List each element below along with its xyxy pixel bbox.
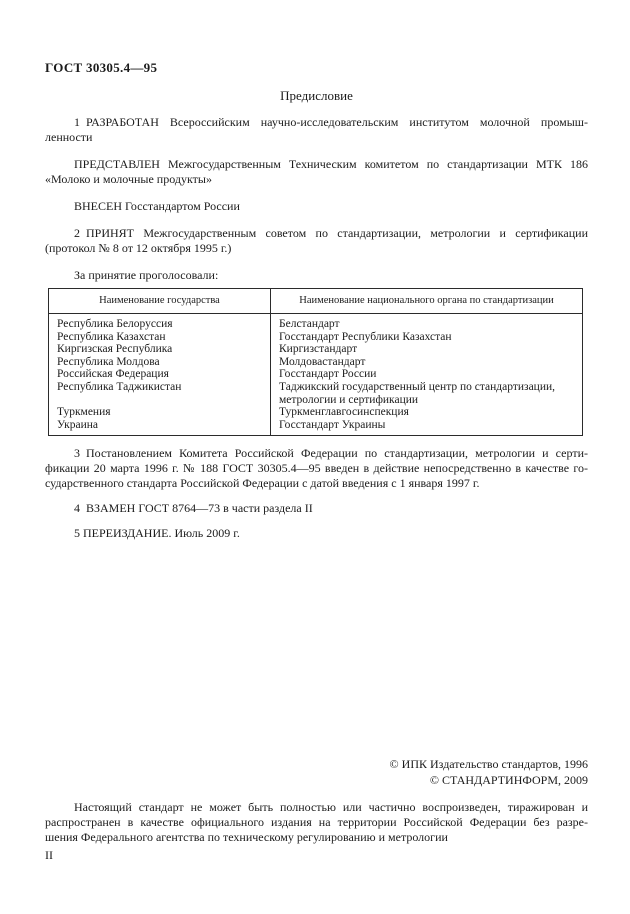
- table-row: Киргизская РеспубликаКиргизстандарт: [49, 343, 583, 356]
- org-cell: Туркменглавгосинспекция: [271, 406, 583, 419]
- table-row: ТуркменияТуркменглавгосинспекция: [49, 406, 583, 419]
- table-row: Республика БелоруссияБелстандарт: [49, 314, 583, 331]
- text-line: 3 Постановлением Комитета Российской Фед…: [45, 446, 588, 461]
- vote-table-body: Республика БелоруссияБелстандартРеспубли…: [49, 314, 583, 436]
- vote-table-header-org: Наименование национального органа по ста…: [271, 289, 583, 314]
- org-cell: Белстандарт: [271, 314, 583, 331]
- paragraph: ПРЕДСТАВЛЕН Межгосударственным Техническ…: [45, 157, 588, 187]
- table-row: Республика ТаджикистанТаджикский государ…: [49, 381, 583, 406]
- doc-code: ГОСТ 30305.4—95: [45, 60, 588, 75]
- org-cell: Госстандарт Республики Казахстан: [271, 331, 583, 344]
- country-cell: Украина: [49, 419, 271, 436]
- country-cell: Российская Федерация: [49, 368, 271, 381]
- text-line: ВНЕСЕН Госстандартом России: [45, 199, 588, 214]
- text-line: © ИПК Издательство стандартов, 1996: [45, 757, 588, 773]
- text-line: шения Федерального агентства по техничес…: [45, 830, 588, 845]
- org-cell: Госстандарт Украины: [271, 419, 583, 436]
- table-row: УкраинаГосстандарт Украины: [49, 419, 583, 436]
- preface-title: Предисловие: [45, 88, 588, 103]
- text-line: сударственного стандарта Российской Феде…: [45, 476, 588, 491]
- text-line: За принятие проголосовали:: [45, 268, 588, 283]
- paragraph: Настоящий стандарт не может быть полност…: [45, 800, 588, 845]
- country-cell: Республика Казахстан: [49, 331, 271, 344]
- table-row: Республика КазахстанГосстандарт Республи…: [49, 331, 583, 344]
- paragraph: 4 ВЗАМЕН ГОСТ 8764—73 в части раздела II: [45, 501, 588, 516]
- text-line: 2 ПРИНЯТ Межгосударственным советом по с…: [45, 226, 588, 241]
- vote-table: Наименование государства Наименование на…: [48, 288, 583, 436]
- page-footer: © ИПК Издательство стандартов, 1996© СТА…: [45, 757, 588, 863]
- text-line: ленности: [45, 130, 588, 145]
- org-cell: Госстандарт России: [271, 368, 583, 381]
- text-line: © СТАНДАРТИНФОРМ, 2009: [45, 773, 588, 789]
- vote-table-header-country: Наименование государства: [49, 289, 271, 314]
- text-line: распространен в качестве официального из…: [45, 815, 588, 830]
- text-line: (протокол № 8 от 12 октября 1995 г.): [45, 241, 588, 256]
- org-cell: Молдовастандарт: [271, 356, 583, 369]
- vote-table-head: Наименование государства Наименование на…: [49, 289, 583, 314]
- text-line: «Молоко и молочные продукты»: [45, 172, 588, 187]
- document-page: ГОСТ 30305.4—95 Предисловие 1 РАЗРАБОТАН…: [0, 0, 630, 914]
- restriction-paragraph: Настоящий стандарт не может быть полност…: [45, 800, 588, 845]
- country-cell: Республика Таджикистан: [49, 381, 271, 406]
- text-line: ПРЕДСТАВЛЕН Межгосударственным Техническ…: [45, 157, 588, 172]
- copyright-block: © ИПК Издательство стандартов, 1996© СТА…: [45, 757, 588, 788]
- country-cell: Туркмения: [49, 406, 271, 419]
- paragraph: ВНЕСЕН Госстандартом России: [45, 199, 588, 214]
- text-line: Настоящий стандарт не может быть полност…: [45, 800, 588, 815]
- country-cell: Республика Молдова: [49, 356, 271, 369]
- page-number: II: [45, 848, 588, 863]
- paragraph: 3 Постановлением Комитета Российской Фед…: [45, 446, 588, 491]
- paragraph: 2 ПРИНЯТ Межгосударственным советом по с…: [45, 226, 588, 256]
- country-cell: Республика Белоруссия: [49, 314, 271, 331]
- text-line: 1 РАЗРАБОТАН Всероссийским научно-исслед…: [45, 115, 588, 130]
- paragraph: 5 ПЕРЕИЗДАНИЕ. Июль 2009 г.: [45, 526, 588, 541]
- paragraph: 1 РАЗРАБОТАН Всероссийским научно-исслед…: [45, 115, 588, 145]
- preface-paragraphs-bottom: 3 Постановлением Комитета Российской Фед…: [45, 446, 588, 541]
- vote-table-header-row: Наименование государства Наименование на…: [49, 289, 583, 314]
- country-cell: Киргизская Республика: [49, 343, 271, 356]
- text-line: фикации 20 марта 1996 г. № 188 ГОСТ 3030…: [45, 461, 588, 476]
- table-row: Российская ФедерацияГосстандарт России: [49, 368, 583, 381]
- preface-paragraphs-top: 1 РАЗРАБОТАН Всероссийским научно-исслед…: [45, 115, 588, 283]
- text-line: 4 ВЗАМЕН ГОСТ 8764—73 в части раздела II: [45, 501, 588, 516]
- org-cell: Таджикский государственный центр по стан…: [271, 381, 583, 406]
- table-row: Республика МолдоваМолдовастандарт: [49, 356, 583, 369]
- text-line: 5 ПЕРЕИЗДАНИЕ. Июль 2009 г.: [45, 526, 588, 541]
- paragraph: За принятие проголосовали:: [45, 268, 588, 283]
- org-cell: Киргизстандарт: [271, 343, 583, 356]
